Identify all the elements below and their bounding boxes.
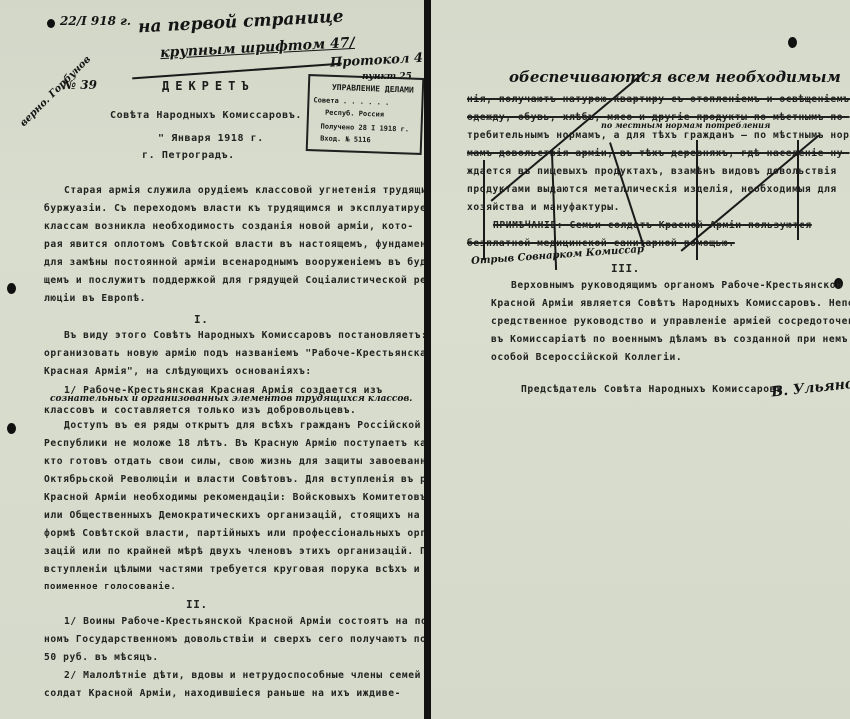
intro-line: классам возникла необходимость созданія … [44,221,414,232]
cross-out-line [797,140,799,240]
handwritten-insert: сознательных и организованных элементов … [50,394,412,404]
stamp-line: Совета . . . . . . [313,96,389,107]
section1-line: или Общественныхъ Демократическихъ орган… [44,510,424,521]
note-line: ПРИМѢЧАНІЕ: Семьи солдатъ Красной Арміи … [493,220,812,231]
struck-line: хозяйства и мануфактуры. [467,202,620,213]
section2-line: номъ Государственномъ довольствіи и свер… [44,634,424,645]
stamp-header: УПРАВЛЕНИЕ ДЕЛАМИ [332,83,414,95]
intro-line: щемъ и послужитъ поддержкой для грядущей… [44,275,424,286]
section3-line: средственное руководство и управленіе ар… [491,316,850,327]
section-numeral: II. [186,598,208,611]
signature: В. Ульянов (Ленин) [771,368,850,401]
decree-title: ДЕКРЕТЪ [162,79,255,93]
section1-line: организовать новую армію подъ названіемъ… [44,348,424,359]
cross-out-line [696,140,698,260]
decree-subtitle: Совѣта Народныхъ Комиссаровъ. [110,110,302,121]
section-numeral: III. [611,262,640,275]
section3-line: Красной Арміи является Совѣтъ Народныхъ … [491,298,850,309]
left-page: 22/I 918 г. на первой странице крупным ш… [0,0,424,719]
intro-line: Старая армія служила орудіемъ классовой … [64,185,424,196]
stamp-line: Респуб. Россия [325,109,384,119]
struck-line: продуктами выдаются металлическія изделі… [467,184,837,195]
page-divider [424,0,431,719]
handwritten-note-line1: на первой странице [138,7,344,38]
struck-line: нія, получаютъ натурою квартиру съ отопл… [467,94,850,105]
intro-line: для замѣны постоянной арміи всенароднымъ… [44,257,424,268]
punch-hole [7,283,16,294]
intro-line: люціи въ Европѣ. [44,293,146,304]
section1-line: формѣ Совѣтской власти, партійныхъ или п… [44,528,424,539]
section1-line: Октябрьской Революціи и власти Совѣтовъ.… [44,474,424,485]
section-numeral: I. [194,313,208,326]
handwritten-note-line2: крупным шрифтом 47/ [160,35,355,61]
section1-line: Республики не моложе 18 лѣтъ. Въ Красную… [44,438,424,449]
section1-line: Красной Арміи необходимы рекомендаціи: В… [44,492,424,503]
decree-place: г. Петроградъ. [142,150,235,161]
punch-hole [7,423,16,434]
section2-line: 2/ Малолѣтніе дѣти, вдовы и нетрудоспосо… [64,670,421,681]
section2-line: 50 руб. въ мѣсяцъ. [44,652,159,663]
signature-label: Предсѣдатель Совѣта Народныхъ Комиссаров… [521,384,782,395]
section1-line: вступленіи цѣлыми частями требуется круг… [44,564,420,575]
struck-line: требительнымъ нормамъ, а для тѣхъ гражда… [467,130,850,141]
intro-line: буржуазіи. Съ переходомъ власти къ трудя… [44,203,424,214]
section1-line: поименное голосованіе. [44,582,176,592]
cross-out-line [483,160,485,260]
document-number: № 39 [63,78,97,92]
decree-date: " Января 1918 г. [158,133,264,144]
section1-line: зацій или по крайней мѣрѣ двухъ членовъ … [44,546,424,557]
struck-line: ждается въ пищевыхъ продуктахъ, взамѣнъ … [467,166,837,177]
section3-line: Верховнымъ руководящимъ органомъ Рабоче-… [511,280,843,291]
section1-line: кто готовъ отдать свои силы, свою жизнь … [44,456,424,467]
handwritten-date: 22/I 918 г. [60,14,131,28]
section1-line: Красная Армія", на слѣдующихъ основаніях… [44,366,312,377]
section3-line: въ Комиссаріатѣ по военнымъ дѣламъ въ со… [491,334,848,345]
section2-line: солдат Красной Арміи, находившіеся раньш… [44,688,401,699]
section1-line: Доступъ въ ея ряды открытъ для всѣхъ гра… [64,420,421,431]
punch-hole [788,37,797,48]
handwritten-insert-top: обеспечиваются всем необходимым [509,68,841,86]
stamp-line: Вход. № 5116 [320,134,371,144]
section1-line: классовъ и составляется только изъ добро… [44,405,356,416]
section2-line: 1/ Воины Рабоче-Крестьянской Красной Арм… [64,616,424,627]
section1-line: Въ виду этого Совѣтъ Народныхъ Комиссаро… [64,330,424,341]
intro-line: рая явится оплотомъ Совѣтской власти въ … [44,239,424,250]
right-page: обеспечиваются всем необходимым нія, пол… [431,0,850,719]
handwritten-insert: по местным нормам потребления [601,120,770,130]
protocol-number: Протокол 47 [330,50,424,70]
punch-hole [47,19,55,28]
section3-line: особой Всероссійской Коллегіи. [491,352,682,363]
protocol-item: пункт 25 [362,72,412,82]
stamp-line: Получено 28 I 1918 г. [320,122,409,133]
registration-stamp: УПРАВЛЕНИЕ ДЕЛАМИ Совета . . . . . . Рес… [306,74,424,155]
